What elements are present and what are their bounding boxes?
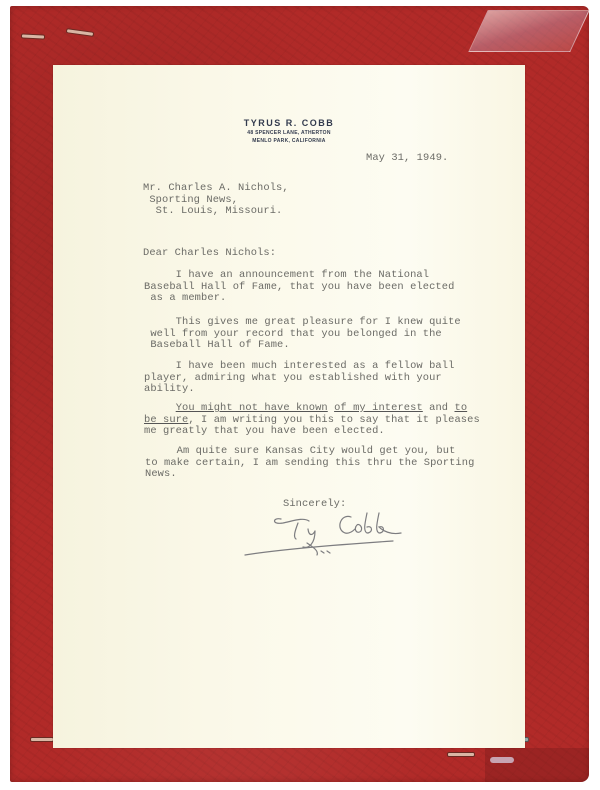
text-line: to make certain, I am sending this thru … [145,458,474,470]
tape-mark [490,757,514,763]
recipient-line: Mr. Charles A. Nichols, [143,183,289,195]
recipient-address: Mr. Charles A. Nichols, Sporting News, S… [143,183,289,218]
paragraph-4: You might not have known of my interest … [144,403,480,438]
underlined-text: You might not have known [176,402,328,414]
paragraph-2: This gives me great pleasure for I knew … [144,317,461,352]
letterhead-address-2: MENLO PARK, CALIFORNIA [53,138,525,144]
letter-paper: TYRUS R. COBB 48 SPENCER LANE, ATHERTON … [53,65,525,748]
text-line: Baseball Hall of Fame. [144,340,461,352]
staple-mark [30,737,54,742]
paragraph-5: Am quite sure Kansas City would get you,… [145,446,474,481]
text-line: I have an announcement from the National [144,270,454,282]
recipient-line: St. Louis, Missouri. [143,206,289,218]
underlined-text: to [454,402,467,414]
letter-date: May 31, 1949. [366,153,448,165]
underlined-text: of my interest [334,402,423,414]
letterhead-name: TYRUS R. COBB [53,118,525,128]
text-line: ability. [144,384,454,396]
salutation: Dear Charles Nichols: [143,248,276,260]
letterhead-address-1: 48 SPENCER LANE, ATHERTON [53,130,525,136]
text-line: Am quite sure Kansas City would get you,… [145,446,474,458]
letterhead: TYRUS R. COBB 48 SPENCER LANE, ATHERTON … [53,118,525,144]
tape-corner [468,10,590,52]
text-line: I have been much interested as a fellow … [144,361,454,373]
text-fragment: and [423,402,455,414]
underlined-text: be sure [144,414,188,426]
signature-ty-cobb [243,503,403,563]
staple-mark [447,752,475,757]
text-line: as a member. [144,293,454,305]
paragraph-3: I have been much interested as a fellow … [144,361,454,396]
text-line: me greatly that you have been elected. [144,426,480,438]
indent [144,402,176,414]
text-line: This gives me great pleasure for I knew … [144,317,461,329]
text-fragment: , I am writing you this to say that it p… [188,414,479,426]
text-line: News. [145,469,474,481]
paragraph-1: I have an announcement from the National… [144,270,454,305]
folder-bottom-band [485,748,589,782]
